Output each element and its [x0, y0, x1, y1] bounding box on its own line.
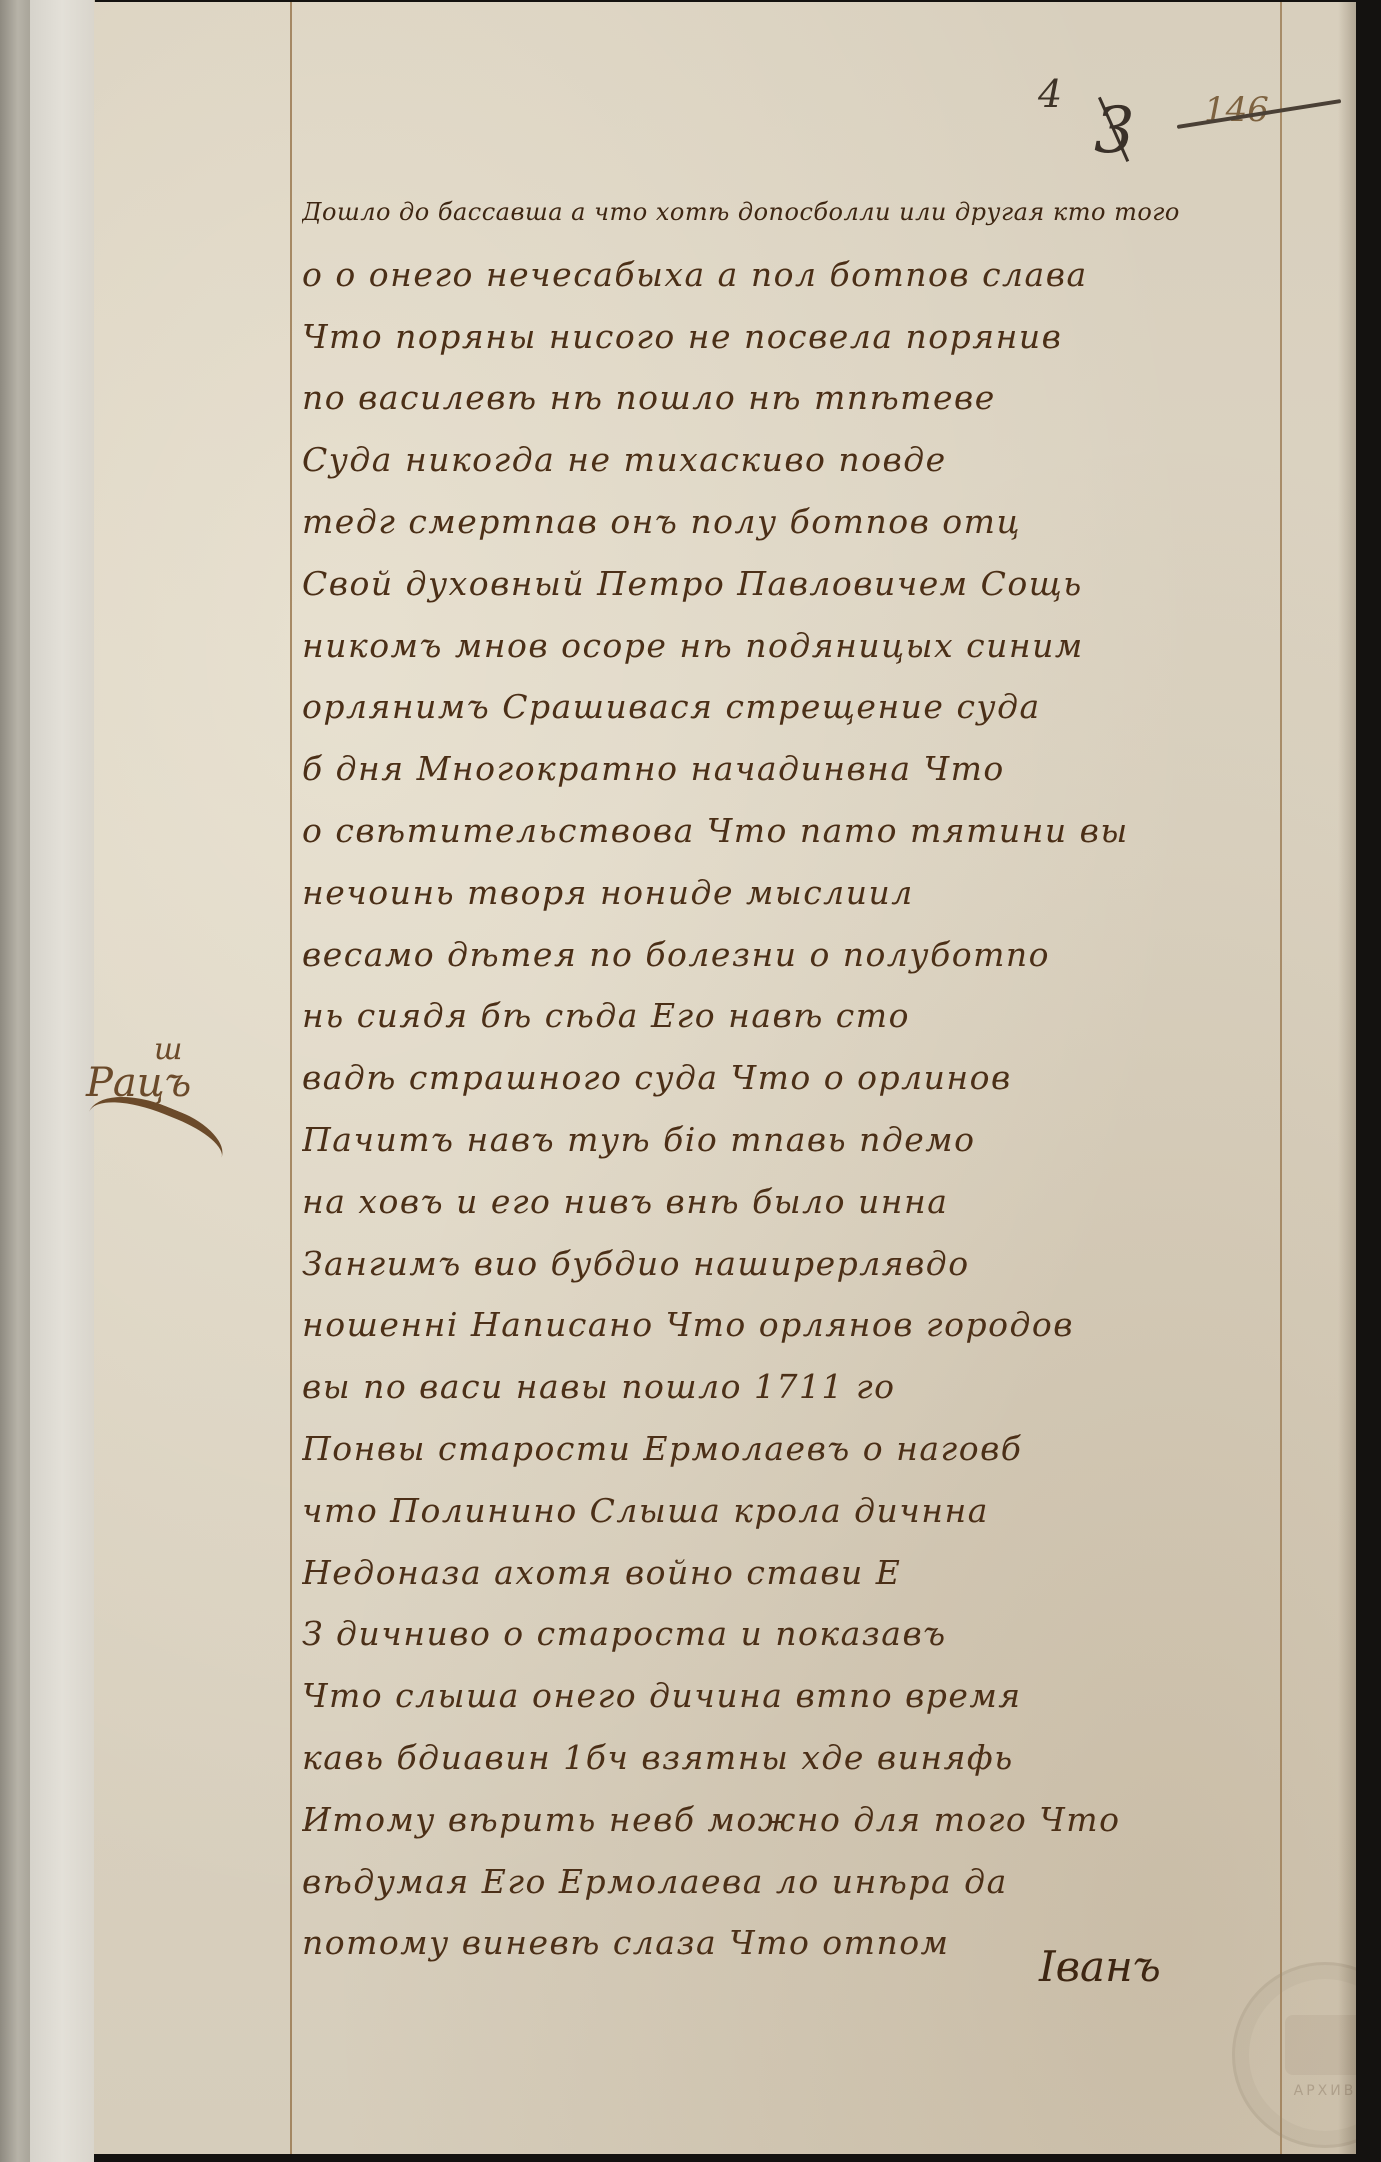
text-line: орлянимъ Срашивася стрещение суда	[302, 676, 1282, 738]
text-line: вы по васи навы пошло 1711 го	[302, 1356, 1282, 1418]
text-line: тедг смертпав онъ полу ботпов отц	[302, 491, 1282, 553]
text-line: Суда никогда не тихаскиво повде	[302, 429, 1282, 491]
text-line: Что слыша онего дичина втпо время	[302, 1665, 1282, 1727]
folio-number-ink: 3	[1094, 94, 1135, 168]
manuscript-page: 4 3 146 ш Рацъ Дошло до бассавша а что х…	[94, 2, 1356, 2154]
text-line: Понвы старости Ермолаевъ о наговб	[302, 1418, 1282, 1480]
text-line: вадѣ страшного суда Что о орлинов	[302, 1047, 1282, 1109]
text-line: Пачитъ навъ туѣ біо тпавь пдемо	[302, 1109, 1282, 1171]
manuscript-body-text: Дошло до бассавша а что хотѣ допосболли …	[302, 182, 1282, 1974]
text-line: о свѣтительствова Что пато тятини вы	[302, 800, 1282, 862]
text-line: Что поряны нисого не посвела порянив	[302, 306, 1282, 368]
scan-background-right	[1356, 0, 1381, 2162]
stamp-emblem-icon	[1285, 2015, 1365, 2075]
text-line: весамо дѣтея по болезни о полуботпо	[302, 924, 1282, 986]
scan-background-bottom	[94, 2154, 1381, 2162]
text-line: Итому вѣрить невб можно для того Что	[302, 1789, 1282, 1851]
text-line: Зангимъ вио бубдио наширерлявдо	[302, 1233, 1282, 1295]
text-line: Свой духовный Петро Павловичем Сощь	[302, 553, 1282, 615]
text-line: кавь бдиавин 1бч взятны хде виняфь	[302, 1727, 1282, 1789]
signature: Іванъ	[1039, 1942, 1161, 1991]
text-line: нечоинь творя нониде мыслиил	[302, 862, 1282, 924]
text-line: З дичниво о староста и показавъ	[302, 1603, 1282, 1665]
text-line: нь сиядя бѣ сѣда Его навѣ сто	[302, 985, 1282, 1047]
folio-number-pencil: 4	[1038, 72, 1062, 116]
text-line: б дня Многократно начадинвна Что	[302, 738, 1282, 800]
text-line: Недоназа ахотя войно стави Е	[302, 1542, 1282, 1604]
text-line: на ховъ и его нивъ внѣ было инна	[302, 1171, 1282, 1233]
scan-backing-left	[0, 0, 30, 2162]
text-line: никомъ мнов осоре нѣ подяницых синим	[302, 615, 1282, 677]
folio-number-struck: 146	[1204, 90, 1269, 130]
text-line: Дошло до бассавша а что хотѣ допосболли …	[302, 182, 1282, 244]
margin-annotation: ш Рацъ	[94, 1032, 294, 1172]
text-line: ношенні Написано Что орлянов городов	[302, 1294, 1282, 1356]
text-line: о о онего нечесабыха а пол ботпов слава	[302, 244, 1282, 306]
text-line: что Полинино Слыша крола дичнна	[302, 1480, 1282, 1542]
text-line: вѣдумая Его Ермолаева ло инѣра да	[302, 1851, 1282, 1913]
text-line: по василевѣ нѣ пошло нѣ тпѣтеве	[302, 367, 1282, 429]
